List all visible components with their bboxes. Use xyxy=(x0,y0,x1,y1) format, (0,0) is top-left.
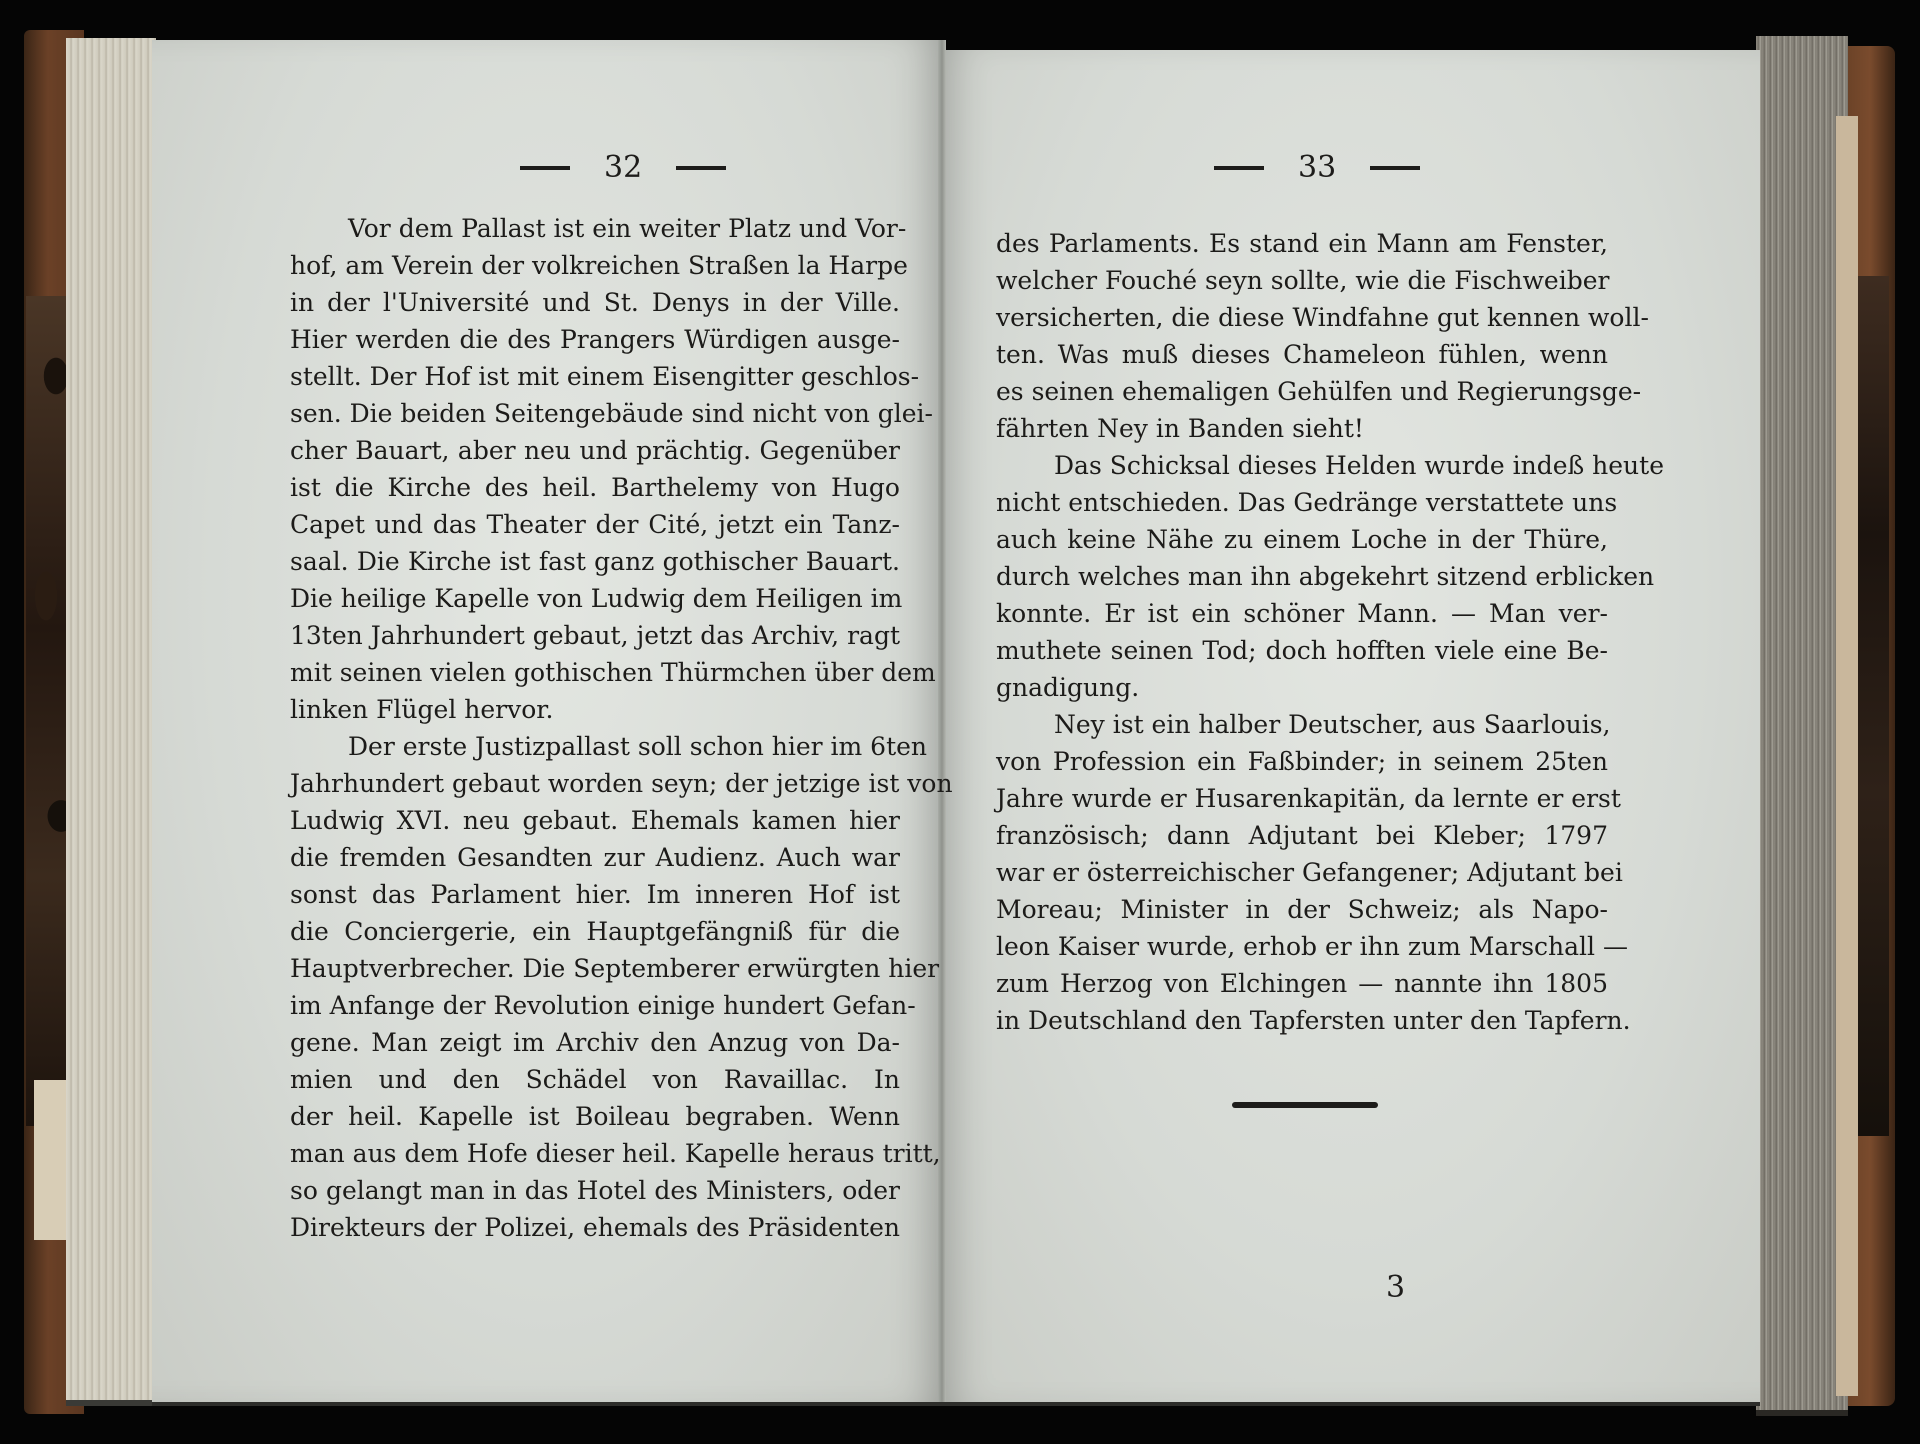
text-line: muthete seinen Tod; doch hofften viele e… xyxy=(996,632,1608,669)
text-line: durch welches man ihn abgekehrt sitzend … xyxy=(996,558,1608,595)
left-page-number-text: 32 xyxy=(604,150,642,185)
text-line: mien und den Schädel von Ravaillac. In xyxy=(290,1061,900,1098)
text-line: im Anfange der Revolution einige hundert… xyxy=(290,987,900,1024)
text-line: gene. Man zeigt im Archiv den Anzug von … xyxy=(290,1024,900,1061)
right-page-edges xyxy=(1756,36,1848,1416)
right-page-text: des Parlaments. Es stand ein Mann am Fen… xyxy=(996,225,1608,1039)
text-line: 13ten Jahrhundert gebaut, jetzt das Arch… xyxy=(290,617,900,654)
text-line: Ney ist ein halber Deutscher, aus Saarlo… xyxy=(996,706,1608,743)
text-line: zum Herzog von Elchingen — nannte ihn 18… xyxy=(996,965,1608,1002)
left-page-number: 32 xyxy=(520,150,726,185)
text-line: versicherten, die diese Windfahne gut ke… xyxy=(996,299,1608,336)
signature-mark: 3 xyxy=(1386,1270,1405,1305)
text-line: Ludwig XVI. neu gebaut. Ehemals kamen hi… xyxy=(290,802,900,839)
text-line: man aus dem Hofe dieser heil. Kapelle he… xyxy=(290,1135,900,1172)
text-line: Hier werden die des Prangers Würdigen au… xyxy=(290,321,900,358)
text-line: Vor dem Pallast ist ein weiter Platz und… xyxy=(290,210,900,247)
text-line: mit seinen vielen gothischen Thürmchen ü… xyxy=(290,654,900,691)
text-line: von Profession ein Faßbinder; in seinem … xyxy=(996,743,1608,780)
book-gutter xyxy=(938,40,946,1402)
text-line: französisch; dann Adjutant bei Kleber; 1… xyxy=(996,817,1608,854)
folio-dash xyxy=(1370,166,1420,170)
text-line: sen. Die beiden Seitengebäude sind nicht… xyxy=(290,395,900,432)
text-line: Jahre wurde er Husarenkapitän, da lernte… xyxy=(996,780,1608,817)
right-page-number-text: 33 xyxy=(1298,150,1336,185)
folio-dash xyxy=(1214,166,1264,170)
text-line: konnte. Er ist ein schöner Mann. — Man v… xyxy=(996,595,1608,632)
folio-dash xyxy=(676,166,726,170)
text-line: Moreau; Minister in der Schweiz; als Nap… xyxy=(996,891,1608,928)
text-line: stellt. Der Hof ist mit einem Eisengitte… xyxy=(290,358,900,395)
text-line: die fremden Gesandten zur Audienz. Auch … xyxy=(290,839,900,876)
text-line: Das Schicksal dieses Helden wurde indeß … xyxy=(996,447,1608,484)
open-book: 32 33 Vor dem Pallast ist ein weiter Pla… xyxy=(0,0,1920,1444)
text-line: ist die Kirche des heil. Barthelemy von … xyxy=(290,469,900,506)
text-line: war er österreichischer Gefangener; Adju… xyxy=(996,854,1608,891)
text-line: welcher Fouché seyn sollte, wie die Fisc… xyxy=(996,262,1608,299)
text-line: gnadigung. xyxy=(996,669,1608,706)
text-line: Jahrhundert gebaut worden seyn; der jetz… xyxy=(290,765,900,802)
text-line: so gelangt man in das Hotel des Minister… xyxy=(290,1172,900,1209)
text-line: auch keine Nähe zu einem Loche in der Th… xyxy=(996,521,1608,558)
text-line: cher Bauart, aber neu und prächtig. Gege… xyxy=(290,432,900,469)
text-line: der heil. Kapelle ist Boileau begraben. … xyxy=(290,1098,900,1135)
text-line: Capet und das Theater der Cité, jetzt ei… xyxy=(290,506,900,543)
folio-dash xyxy=(520,166,570,170)
text-line: saal. Die Kirche ist fast ganz gothische… xyxy=(290,543,900,580)
text-line: hof, am Verein der volkreichen Straßen l… xyxy=(290,247,900,284)
text-line: die Conciergerie, ein Hauptgefängniß für… xyxy=(290,913,900,950)
text-line: nicht entschieden. Das Gedränge verstatt… xyxy=(996,484,1608,521)
text-line: ten. Was muß dieses Chameleon fühlen, we… xyxy=(996,336,1608,373)
text-line: in Deutschland den Tapfersten unter den … xyxy=(996,1002,1608,1039)
text-line: Die heilige Kapelle von Ludwig dem Heili… xyxy=(290,580,900,617)
right-page-number: 33 xyxy=(1214,150,1420,185)
text-line: leon Kaiser wurde, erhob er ihn zum Mars… xyxy=(996,928,1608,965)
left-page-text: Vor dem Pallast ist ein weiter Platz und… xyxy=(290,210,900,1246)
text-line: des Parlaments. Es stand ein Mann am Fen… xyxy=(996,225,1608,262)
text-line: linken Flügel hervor. xyxy=(290,691,900,728)
text-line: fährten Ney in Banden sieht! xyxy=(996,410,1608,447)
left-page-edges xyxy=(66,38,156,1406)
text-line: es seinen ehemaligen Gehülfen und Regier… xyxy=(996,373,1608,410)
section-end-rule xyxy=(1232,1102,1378,1108)
text-line: Der erste Justizpallast soll schon hier … xyxy=(290,728,900,765)
text-line: Direkteurs der Polizei, ehemals des Präs… xyxy=(290,1209,900,1246)
text-line: in der l'Université und St. Denys in der… xyxy=(290,284,900,321)
text-line: Hauptverbrecher. Die Septemberer erwürgt… xyxy=(290,950,900,987)
text-line: sonst das Parlament hier. Im inneren Hof… xyxy=(290,876,900,913)
